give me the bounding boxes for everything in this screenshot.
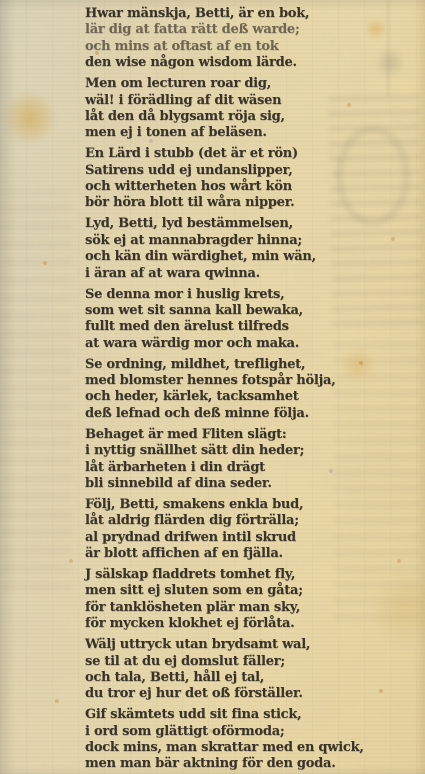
poem-line: Men om lecturen roar dig, — [85, 76, 417, 92]
poem-line: deß lefnad och deß minne följa. — [85, 406, 417, 422]
poem-line: at wara wärdig mor och maka. — [85, 336, 417, 352]
poem-line: du tror ej hur det oß förställer. — [85, 686, 417, 702]
poem-line: Gif skämtets udd sit fina stick, — [85, 707, 417, 723]
poem-line: i nyttig snällhet sätt din heder; — [85, 443, 417, 459]
poem-line: och kän din wärdighet, min wän, — [85, 249, 417, 265]
poem-line: men ej i tonen af beläsen. — [85, 125, 417, 141]
stanza: Följ, Betti, smakens enkla bud, låt aldr… — [85, 497, 417, 563]
poem-line: se til at du ej domslut fäller; — [85, 654, 417, 670]
poem-line: låt aldrig flärden dig förträlla; — [85, 513, 417, 529]
poem-line: J sälskap fladdrets tomhet fly, — [85, 567, 417, 583]
poem-line: är blott affichen af en fjälla. — [85, 546, 417, 562]
poem-line: för mycken klokhet ej förlåta. — [85, 616, 417, 632]
poem-line: och mins at oftast af en tok — [85, 39, 417, 55]
stanza: Wälj uttryck utan brydsamt wal, se til a… — [85, 637, 417, 703]
poem-line: i äran af at wara qwinna. — [85, 266, 417, 282]
stanza: Behaget är med Fliten slägt: i nyttig sn… — [85, 427, 417, 493]
poem-line: wäl! i förädling af dit wäsen — [85, 93, 417, 109]
poem-line: Satirens udd ej undanslipper, — [85, 163, 417, 179]
page-edge-shadow-left — [0, 0, 16, 774]
poem-line: men man bär aktning för den goda. — [85, 756, 417, 772]
stanza: Se ordning, mildhet, treflighet, med blo… — [85, 357, 417, 423]
poem-line: och witterheten hos wårt kön — [85, 179, 417, 195]
poem-line: Se ordning, mildhet, treflighet, — [85, 357, 417, 373]
poem-line: fullt med den ärelust tilfreds — [85, 319, 417, 335]
poem-line: Wälj uttryck utan brydsamt wal, — [85, 637, 417, 653]
poem-line: med blomster hennes fotspår hölja, — [85, 373, 417, 389]
poem-line: Följ, Betti, smakens enkla bud, — [85, 497, 417, 513]
poem: Hwar mänskja, Betti, är en bok, lär dig … — [85, 6, 417, 774]
poem-line: sök ej at mannabragder hinna; — [85, 233, 417, 249]
stanza: En Lärd i stubb (det är et rön) Satirens… — [85, 146, 417, 212]
poem-line: Se denna mor i huslig krets, — [85, 287, 417, 303]
stanza: Lyd, Betti, lyd bestämmelsen, sök ej at … — [85, 216, 417, 282]
stanza: J sälskap fladdrets tomhet fly, men sitt… — [85, 567, 417, 633]
poem-line: och heder, kärlek, tacksamhet — [85, 389, 417, 405]
poem-line: och tala, Betti, håll ej tal, — [85, 670, 417, 686]
poem-line: men sitt ej sluten som en gåta; — [85, 583, 417, 599]
poem-line: bli sinnebild af dina seder. — [85, 476, 417, 492]
poem-line: för tanklösheten plär man sky, — [85, 600, 417, 616]
poem-line: som wet sit sanna kall bewaka, — [85, 303, 417, 319]
scanned-page: Hwar mänskja, Betti, är en bok, lär dig … — [0, 0, 425, 774]
poem-line: den wise någon wisdom lärde. — [85, 55, 417, 71]
poem-line: dock mins, man skrattar med en qwick, — [85, 740, 417, 756]
stanza: Men om lecturen roar dig, wäl! i förädli… — [85, 76, 417, 142]
poem-line: Hwar mänskja, Betti, är en bok, — [85, 6, 417, 22]
poem-line: låt den då blygsamt röja sig, — [85, 109, 417, 125]
poem-line: En Lärd i stubb (det är et rön) — [85, 146, 417, 162]
poem-line: i ord som glättigt oförmoda; — [85, 724, 417, 740]
poem-line: lär dig at fatta rätt deß warde; — [85, 22, 417, 38]
stanza: Gif skämtets udd sit fina stick, i ord s… — [85, 707, 417, 773]
poem-line: låt ärbarheten i din drägt — [85, 460, 417, 476]
stanza: Hwar mänskja, Betti, är en bok, lär dig … — [85, 6, 417, 72]
poem-line: al prydnad drifwen intil skrud — [85, 530, 417, 546]
poem-line: bör höra blott til wåra nipper. — [85, 195, 417, 211]
poem-line: Lyd, Betti, lyd bestämmelsen, — [85, 216, 417, 232]
poem-line: Behaget är med Fliten slägt: — [85, 427, 417, 443]
stanza: Se denna mor i huslig krets, som wet sit… — [85, 287, 417, 353]
